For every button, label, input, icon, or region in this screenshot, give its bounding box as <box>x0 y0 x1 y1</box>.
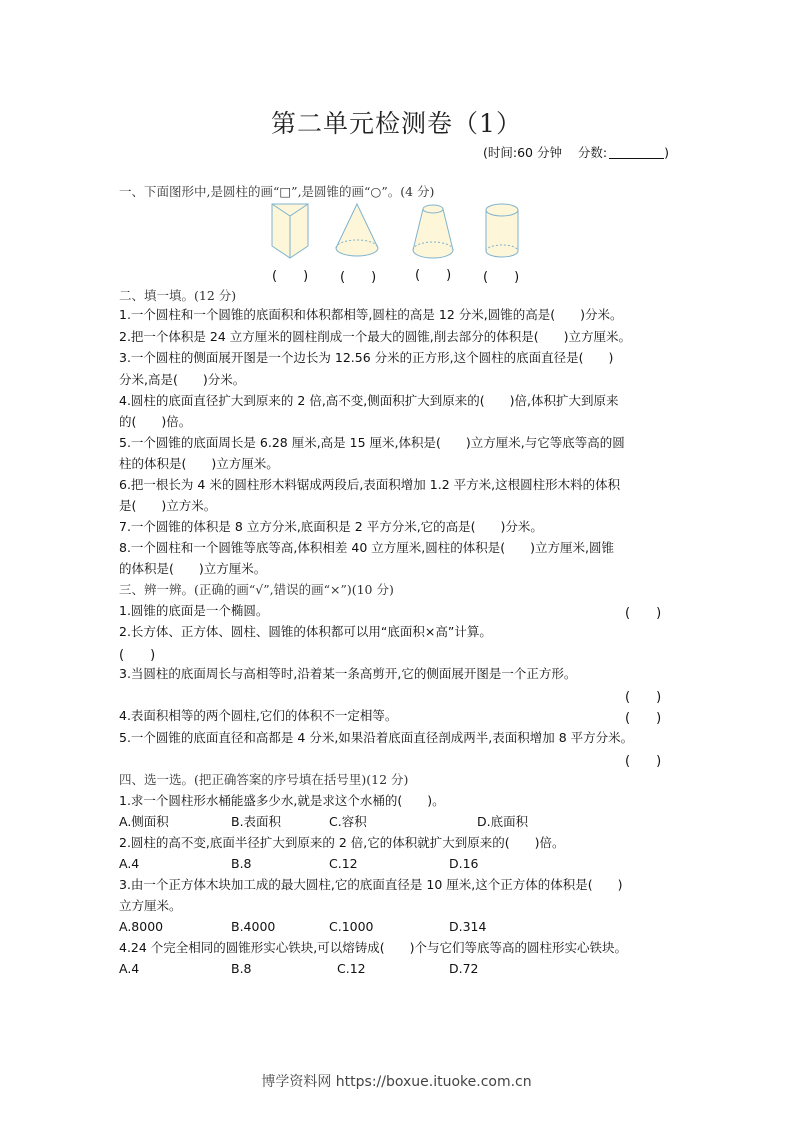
q4-option-c[interactable]: C.12 <box>337 960 366 978</box>
fill-line-10: 是( )立方米。 <box>119 497 216 515</box>
q2-option-b[interactable]: B.8 <box>231 855 252 873</box>
section2-heading: 二、填一填。(12 分) <box>119 287 236 305</box>
fill-line-13: 的体积是( )立方厘米。 <box>119 560 266 578</box>
q2-option-d[interactable]: D.16 <box>449 855 479 873</box>
cone-icon <box>334 202 380 260</box>
score-label: 分数: <box>578 145 607 160</box>
judge-answer-1[interactable]: ( ) <box>625 602 661 621</box>
fill-line-3: 3.一个圆柱的侧面展开图是一个边长为 12.56 分米的正方形,这个圆柱的底面直… <box>119 349 613 367</box>
choice-question-2: 2.圆柱的高不变,底面半径扩大到原来的 2 倍,它的体积就扩大到原来的( )倍。 <box>119 834 565 852</box>
shape-answer-1[interactable]: ( ) <box>272 265 308 284</box>
choice-question-3: 3.由一个正方体木块加工成的最大圆柱,它的底面直径是 10 厘米,这个正方体的体… <box>119 876 622 894</box>
q1-option-a[interactable]: A.侧面积 <box>119 813 169 831</box>
judge-item-3: 3.当圆柱的底面周长与高相等时,沿着某一条高剪开,它的侧面展开图是一个正方形。 <box>119 665 576 683</box>
time-score-line: (时间:60 分钟 分数:) <box>483 143 669 161</box>
judge-item-4: 4.表面积相等的两个圆柱,它们的体积不一定相等。 <box>119 707 397 725</box>
exam-page: 第二单元检测卷（1） (时间:60 分钟 分数:) 一、下面图形中,是圆柱的画“… <box>0 0 793 1122</box>
fill-line-6: 的( )倍。 <box>119 413 191 431</box>
judge-answer-3[interactable]: ( ) <box>625 686 661 705</box>
fill-line-12: 8.一个圆柱和一个圆锥等底等高,体积相差 40 立方厘米,圆柱的体积是( )立方… <box>119 539 614 557</box>
fill-line-11: 7.一个圆锥的体积是 8 立方分米,底面积是 2 平方分米,它的高是( )分米。 <box>119 518 543 536</box>
fill-line-7: 5.一个圆锥的底面周长是 6.28 厘米,高是 15 厘米,体积是( )立方厘米… <box>119 434 625 452</box>
choice-question-4: 4.24 个完全相同的圆锥形实心铁块,可以熔铸成( )个与它们等底等高的圆柱形实… <box>119 939 627 957</box>
q1-option-d[interactable]: D.底面积 <box>477 813 528 831</box>
fill-line-5: 4.圆柱的底面直径扩大到原来的 2 倍,高不变,侧面积扩大到原来的( )倍,体积… <box>119 392 619 410</box>
section1-heading: 一、下面图形中,是圆柱的画“□”,是圆锥的画“○”。(4 分) <box>119 183 434 201</box>
shape-answer-4[interactable]: ( ) <box>483 266 519 285</box>
score-blank[interactable] <box>609 146 664 159</box>
time-label: (时间:60 分钟 <box>483 145 562 160</box>
q3-option-d[interactable]: D.314 <box>449 918 486 936</box>
fill-line-9: 6.把一根长为 4 米的圆柱形木料锯成两段后,表面积增加 1.2 平方米,这根圆… <box>119 476 620 494</box>
section4-heading: 四、选一选。(把正确答案的序号填在括号里)(12 分) <box>119 771 408 789</box>
q3-option-b[interactable]: B.4000 <box>231 918 275 936</box>
section3-heading: 三、辨一辨。(正确的画“√”,错误的画“×”)(10 分) <box>119 581 394 599</box>
choice-question-3-cont: 立方厘米。 <box>119 897 182 915</box>
fill-line-8: 柱的体积是( )立方厘米。 <box>119 455 279 473</box>
fill-line-4: 分米,高是( )分米。 <box>119 371 245 389</box>
judge-answer-5[interactable]: ( ) <box>625 750 661 769</box>
shape-answer-2[interactable]: ( ) <box>340 266 376 285</box>
judge-item-1: 1.圆锥的底面是一个椭圆。 <box>119 602 268 620</box>
q3-option-a[interactable]: A.8000 <box>119 918 163 936</box>
fill-line-2: 2.把一个体积是 24 立方厘米的圆柱削成一个最大的圆锥,削去部分的体积是( )… <box>119 328 631 346</box>
q4-option-a[interactable]: A.4 <box>119 960 139 978</box>
q4-option-d[interactable]: D.72 <box>449 960 479 978</box>
q4-option-b[interactable]: B.8 <box>231 960 252 978</box>
choice-question-1: 1.求一个圆柱形水桶能盛多少水,就是求这个水桶的( )。 <box>119 792 445 810</box>
judge-item-5: 5.一个圆锥的底面直径和高都是 4 分米,如果沿着底面直径剖成两半,表面积增加 … <box>119 729 633 747</box>
judge-answer-2[interactable]: ( ) <box>119 644 155 663</box>
q2-option-a[interactable]: A.4 <box>119 855 139 873</box>
judge-item-2: 2.长方体、正方体、圆柱、圆锥的体积都可以用“底面积×高”计算。 <box>119 623 492 641</box>
judge-answer-4[interactable]: ( ) <box>625 707 661 726</box>
q3-option-c[interactable]: C.1000 <box>329 918 374 936</box>
page-title: 第二单元检测卷（1） <box>0 104 793 140</box>
footer-watermark: 博学资料网 https://boxue.ituoke.com.cn <box>0 1071 793 1091</box>
cylinder-icon <box>484 202 520 260</box>
q2-option-c[interactable]: C.12 <box>329 855 358 873</box>
frustum-icon <box>410 202 456 262</box>
q1-option-b[interactable]: B.表面积 <box>231 813 281 831</box>
triangular-prism-icon <box>270 202 310 260</box>
q1-option-c[interactable]: C.容积 <box>329 813 367 831</box>
shape-answer-3[interactable]: ( ) <box>415 264 451 283</box>
fill-line-1: 1.一个圆柱和一个圆锥的底面积和体积都相等,圆柱的高是 12 分米,圆锥的高是(… <box>119 306 622 324</box>
